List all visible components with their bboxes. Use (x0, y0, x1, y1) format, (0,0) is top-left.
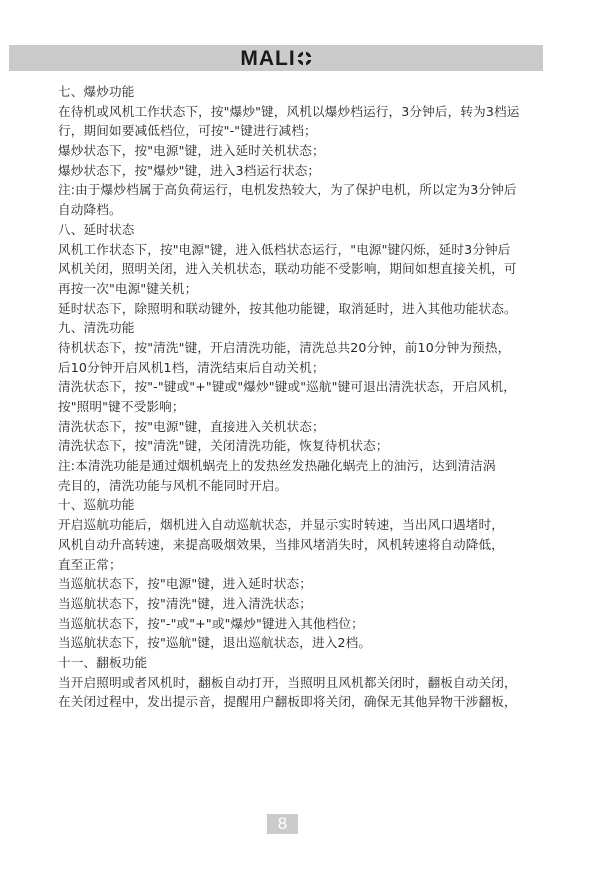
page-number: 8 (267, 814, 298, 834)
paragraph-line: 注:本清洗功能是通过烟机蜗壳上的发热丝发热融化蜗壳上的油污，达到清洁涡 (58, 456, 568, 476)
paragraph-line: 开启巡航功能后，烟机进入自动巡航状态，并显示实时转速，当出风口遇堵时， (58, 515, 568, 535)
paragraph-line: 再按一次"电源"键关机； (58, 279, 568, 299)
manual-content: 七、爆炒功能 在待机或风机工作状态下，按"爆炒"键，风机以爆炒档运行，3分钟后，… (58, 82, 568, 712)
paragraph-line: 在待机或风机工作状态下，按"爆炒"键，风机以爆炒档运行，3分钟后，转为3档运 (58, 102, 568, 122)
paragraph-line: 当巡航状态下，按"-"或"+"或"爆炒"键进入其他档位； (58, 614, 568, 634)
paragraph-line: 当开启照明或者风机时，翻板自动打开，当照明且风机都关闭时，翻板自动关闭， (58, 673, 568, 693)
paragraph-line: 清洗状态下，按"-"键或"+"键或"爆炒"键或"巡航"键可退出清洗状态，开启风机… (58, 377, 568, 397)
paragraph-line: 爆炒状态下，按"爆炒"键，进入3档运行状态； (58, 161, 568, 181)
circle-crosshair-logo-icon (297, 51, 312, 66)
paragraph-line: 直至正常； (58, 555, 568, 575)
paragraph-line: 自动降档。 (58, 200, 568, 220)
paragraph-line: 风机关闭，照明关闭，进入关机状态，联动功能不受影响，期间如想直接关机，可 (58, 259, 568, 279)
section-delay: 八、延时状态 风机工作状态下，按"电源"键，进入低档状态运行，"电源"键闪烁，延… (58, 220, 568, 318)
paragraph-line: 后10分钟开启风机1档，清洗结束后自动关机； (58, 358, 568, 378)
paragraph-line: 壳目的，清洗功能与风机不能同时开启。 (58, 476, 568, 496)
paragraph-line: 在关闭过程中，发出提示音，提醒用户翻板即将关闭，确保无其他异物干涉翻板， (58, 692, 568, 712)
paragraph-line: 当巡航状态下，按"电源"键，进入延时状态； (58, 574, 568, 594)
brand-text: MALI (240, 48, 295, 69)
section-title: 十、巡航功能 (58, 495, 568, 515)
paragraph-line: 待机状态下，按"清洗"键，开启清洗功能，清洗总共20分钟，前10分钟为预热， (58, 338, 568, 358)
paragraph-line: 风机自动升高转速，来提高吸烟效果，当排风堵消失时，风机转速将自动降低， (58, 535, 568, 555)
section-title: 七、爆炒功能 (58, 82, 568, 102)
section-stir-fry: 七、爆炒功能 在待机或风机工作状态下，按"爆炒"键，风机以爆炒档运行，3分钟后，… (58, 82, 568, 220)
paragraph-line: 当巡航状态下，按"清洗"键，进入清洗状态； (58, 594, 568, 614)
paragraph-line: 行，期间如要减低档位，可按"-"键进行减档； (58, 121, 568, 141)
paragraph-line: 风机工作状态下，按"电源"键，进入低档状态运行，"电源"键闪烁，延时3分钟后 (58, 240, 568, 260)
paragraph-line: 注:由于爆炒档属于高负荷运行，电机发热较大，为了保护电机，所以定为3分钟后 (58, 180, 568, 200)
section-cruise: 十、巡航功能 开启巡航功能后，烟机进入自动巡航状态，并显示实时转速，当出风口遇堵… (58, 495, 568, 653)
paragraph-line: 清洗状态下，按"电源"键，直接进入关机状态； (58, 417, 568, 437)
section-title: 十一、翻板功能 (58, 653, 568, 673)
paragraph-line: 按"照明"键不受影响； (58, 397, 568, 417)
section-title: 八、延时状态 (58, 220, 568, 240)
section-flap: 十一、翻板功能 当开启照明或者风机时，翻板自动打开，当照明且风机都关闭时，翻板自… (58, 653, 568, 712)
section-title: 九、清洗功能 (58, 318, 568, 338)
section-cleaning: 九、清洗功能 待机状态下，按"清洗"键，开启清洗功能，清洗总共20分钟，前10分… (58, 318, 568, 495)
paragraph-line: 清洗状态下，按"清洗"键，关闭清洗功能，恢复待机状态； (58, 436, 568, 456)
paragraph-line: 当巡航状态下，按"巡航"键，退出巡航状态，进入2档。 (58, 633, 568, 653)
paragraph-line: 爆炒状态下，按"电源"键，进入延时关机状态； (58, 141, 568, 161)
brand-logo: MALI (240, 48, 311, 69)
paragraph-line: 延时状态下，除照明和联动键外，按其他功能键，取消延时，进入其他功能状态。 (58, 299, 568, 319)
header-bar: MALI (9, 45, 543, 71)
